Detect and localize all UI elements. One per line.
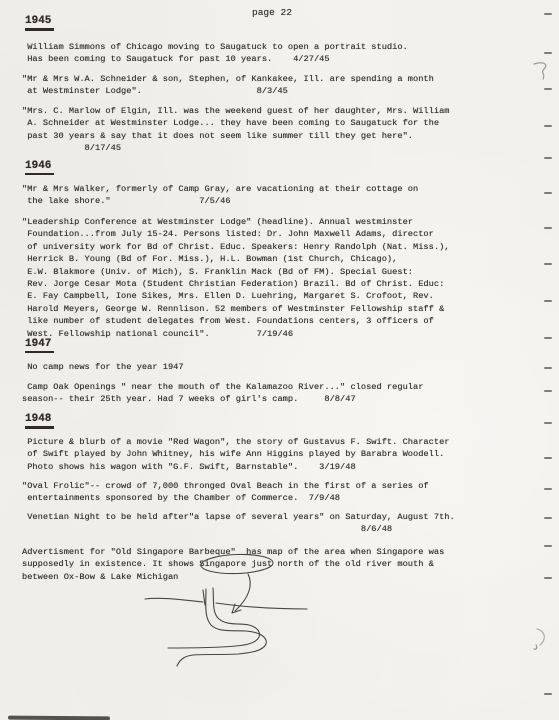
- binding-dash-mark: [544, 367, 552, 369]
- entry-1948-redwagon: Picture & blurb of a movie "Red Wagon", …: [22, 436, 450, 473]
- binding-dash-mark: [544, 52, 552, 54]
- entry-1946-conference: "Leadership Conference at Westminster Lo…: [22, 216, 450, 340]
- entry-1945-simmons: William Simmons of Chicago moving to Sau…: [22, 41, 408, 66]
- margin-ring-mark: [537, 629, 544, 645]
- binding-dash-mark: [544, 88, 552, 90]
- binding-dash-mark: [544, 337, 552, 339]
- binding-dash-mark: [544, 488, 552, 490]
- entry-1945-schneider: "Mr & Mrs W.A. Schneider & son, Stephen,…: [22, 73, 434, 98]
- binding-dash-mark: [544, 577, 552, 579]
- binding-dash-mark: [544, 422, 552, 424]
- binding-dash-mark: [544, 390, 552, 392]
- binding-dash-mark: [544, 545, 552, 547]
- binding-dash-mark: [544, 157, 552, 159]
- binding-dash-mark: [544, 13, 552, 15]
- river-inner-bank-sketch: [168, 588, 260, 648]
- shoreline-tick-sketch: [203, 590, 205, 605]
- page-number: page 22: [252, 7, 292, 18]
- year-heading-1946: 1946: [25, 160, 54, 175]
- binding-dash-mark: [544, 227, 552, 229]
- binding-dash-mark: [544, 125, 552, 127]
- scan-edge-artifact: [8, 716, 110, 720]
- entry-1946-walker: "Mr & Mrs Walker, formerly of Camp Gray,…: [22, 183, 418, 208]
- entry-1947-nonews: No camp news for the year 1947: [22, 361, 184, 373]
- binding-dash-mark: [544, 693, 552, 695]
- binding-dash-mark: [544, 300, 552, 302]
- binding-dash-mark: [544, 517, 552, 519]
- binding-dash-mark: [544, 192, 552, 194]
- scanned-page: page 22 1945 William Simmons of Chicago …: [0, 0, 559, 720]
- entry-1945-marlow: "Mrs. C. Marlow of Elgin, Ill. was the w…: [22, 105, 450, 155]
- entry-1948-singapore: Advertisment for "Old Singapore Barbeque…: [22, 546, 444, 583]
- entry-1948-venetian: Venetian Night to be held after"a lapse …: [22, 511, 455, 536]
- margin-scribble-mark: [534, 63, 546, 79]
- river-outer-bank-sketch: [177, 589, 266, 666]
- shoreline-left-sketch: [145, 598, 203, 602]
- shoreline-right-sketch: [216, 603, 307, 609]
- entry-1948-ovalfrolic: "Oval Frolic"-- crowd of 7,000 thronged …: [22, 480, 429, 505]
- binding-dash-mark: [544, 263, 552, 265]
- year-heading-1945: 1945: [25, 15, 54, 31]
- entry-1947-campoak: Camp Oak Openings " near the mouth of th…: [22, 381, 423, 406]
- binding-dash-mark: [544, 457, 552, 459]
- margin-ring-tail-mark: [534, 645, 537, 649]
- year-heading-1947: 1947: [25, 338, 54, 353]
- year-heading-1948: 1948: [25, 413, 54, 429]
- annotation-arrowhead: [232, 604, 241, 613]
